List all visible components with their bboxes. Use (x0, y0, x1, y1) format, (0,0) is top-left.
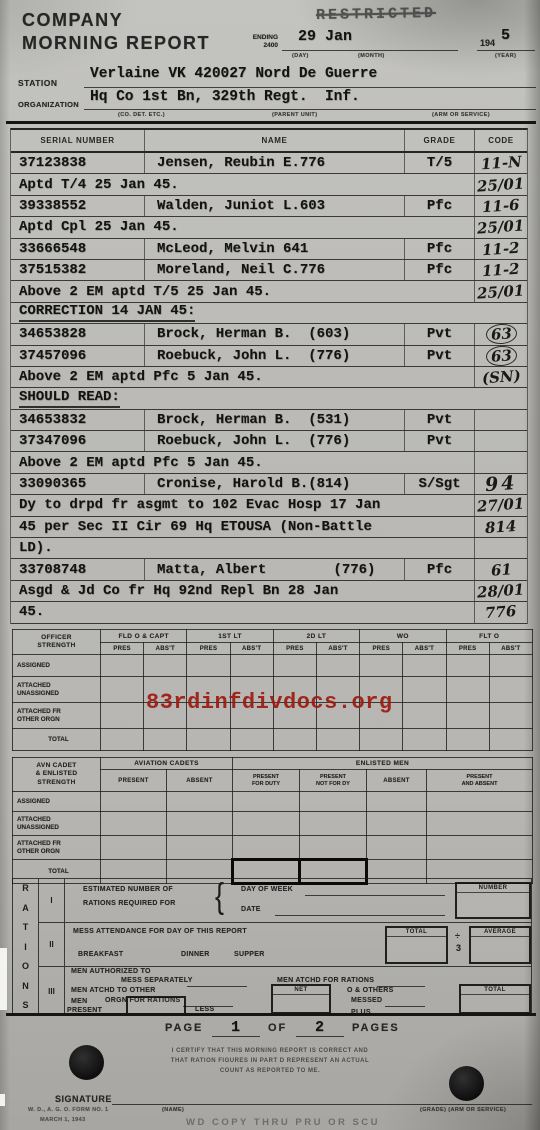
enlisted-men-header: ENLISTED MEN (233, 758, 533, 770)
organization-underline (84, 109, 536, 110)
organization-value: Hq Co 1st Bn, 329th Regt. Inf. (90, 89, 360, 105)
avn-strength-stub: AVN CADET & ENLISTED STRENGTH (13, 758, 101, 792)
serial-number-cell: 33090365 (11, 476, 144, 492)
code-cell: 61 (490, 560, 512, 579)
mess-separately-line (187, 986, 247, 987)
aviation-cadets-header: AVIATION CADETS (101, 758, 233, 770)
roster-row: 33708748 Matta, Albert (776) Pfc 61 (11, 559, 527, 580)
roster-row: 33666548 McLeod, Melvin 641 Pfc 11-2 (11, 239, 527, 260)
code-cell: 63 (485, 323, 517, 345)
estimated-number-label: ESTIMATED NUMBER OF (83, 886, 173, 893)
grade-cell: Pvt (427, 433, 452, 449)
roster-row: Aptd T/4 25 Jan 45. 25/01 (11, 174, 527, 195)
grade-cell: Pvt (427, 412, 452, 428)
divide-glyph: ÷ (455, 931, 460, 941)
form-number: W. D., A. G. O. FORM NO. 1 (28, 1107, 108, 1113)
parent-unit-sublabel: (PARENT UNIT) (272, 112, 317, 118)
part-iii-label: III (39, 967, 64, 1015)
remark-cell: Above 2 EM aptd Pfc 5 Jan 45. (19, 455, 263, 471)
roster-row: CORRECTION 14 JAN 45: (11, 303, 527, 324)
total-box-label: TOTAL (387, 928, 446, 937)
enlisted-strength-table: AVN CADET & ENLISTED STRENGTH AVIATION C… (12, 757, 533, 885)
roster-row: Above 2 EM aptd Pfc 5 Jan 45. (SN) (11, 367, 527, 388)
roster-row: 34653828 Brock, Herman B. (603) Pvt 63 (11, 324, 527, 345)
rations-row-3: MEN AUTHORIZED TO MESS SEPARATELY MEN AT… (65, 967, 531, 1015)
watermark-text: 83rdinfdivdocs.org (146, 690, 393, 715)
abst-header: ABS'T (489, 643, 532, 655)
grade-cell: S/Sgt (418, 476, 460, 492)
roster-row: Asgd & Jd Co fr Hq 92nd Repl Bn 28 Jan 2… (11, 581, 527, 602)
rations-bottom-rule (6, 1013, 536, 1016)
rations-required-label: RATIONS REQUIRED FOR (83, 900, 176, 907)
roster-row: 45. 776 (11, 602, 527, 623)
year-printed: 194 (480, 38, 495, 48)
roster-row: LD). (11, 538, 527, 559)
year-sublabel: (YEAR) (495, 53, 516, 59)
punch-hole-right (449, 1066, 484, 1101)
abst-header: ABS'T (144, 643, 187, 655)
pages-number: 2 (315, 1019, 324, 1036)
roster-row: Dy to drpd fr asgmt to 102 Evac Hosp 17 … (11, 495, 527, 516)
messed-line (385, 1006, 425, 1007)
arm-service-sublabel: (ARM OR SERVICE) (432, 112, 490, 118)
day-sublabel: (DAY) (292, 53, 309, 59)
men-authorized-label: MEN AUTHORIZED TO (71, 968, 151, 975)
certification-text: I CERTIFY THAT THIS MORNING REPORT IS CO… (110, 1046, 430, 1077)
serial-number-cell: 34653828 (11, 326, 144, 342)
officer-strength-stub: OFFICER STRENGTH (13, 630, 101, 655)
roster-row: SHOULD READ: (11, 388, 527, 409)
rations-row-1: ESTIMATED NUMBER OF RATIONS REQUIRED FOR… (65, 879, 531, 923)
roster-row: Above 2 EM aptd Pfc 5 Jan 45. (11, 452, 527, 473)
code-header: CODE (474, 130, 527, 151)
rations-row-2: MESS ATTENDANCE FOR DAY OF THIS REPORT B… (65, 923, 531, 967)
name-cell: Jensen, Reubin E.776 (157, 155, 325, 171)
grade-cell: Pfc (427, 262, 452, 278)
roster-row: 37457096 Roebuck, John L. (776) Pvt 63 (11, 346, 527, 367)
name-cell: Matta, Albert (776) (157, 562, 375, 578)
remark-cell: CORRECTION 14 JAN 45: (19, 303, 195, 322)
pres-header: PRES (360, 643, 403, 655)
remark-cell: LD). (19, 540, 53, 556)
header-divider-rule (6, 121, 536, 124)
roster-body: 37123838 Jensen, Reubin E.776 T/5 11-N A… (11, 153, 527, 624)
year-underline (477, 50, 535, 51)
roster-row: Aptd Cpl 25 Jan 45. 25/01 (11, 217, 527, 238)
o-and-others-label: O & OTHERS (347, 987, 394, 994)
month-sublabel: (MONTH) (358, 53, 385, 59)
date-underline (282, 50, 458, 51)
assigned-row-label: ASSIGNED (13, 655, 101, 677)
abst-header: ABS'T (403, 643, 446, 655)
mess-attendance-label: MESS ATTENDANCE FOR DAY OF THIS REPORT (73, 928, 247, 935)
name-cell: Roebuck, John L. (776) (157, 348, 350, 364)
roster-row: 34653832 Brock, Herman B. (531) Pvt (11, 410, 527, 431)
code-cell: (SN) (481, 367, 521, 388)
attached-fr-other-orgn-row-label: ATTACHED FR OTHER ORGN (13, 703, 101, 729)
code-cell: 94 (484, 472, 518, 496)
serial-number-cell: 37347096 (11, 433, 144, 449)
pages-label: PAGES (352, 1022, 400, 1034)
grade-cell: T/5 (427, 155, 452, 171)
remark-cell: Asgd & Jd Co fr Hq 92nd Repl Bn 28 Jan (19, 583, 338, 599)
name-cell: Brock, Herman B. (531) (157, 412, 350, 428)
remark-cell: Aptd T/4 25 Jan 45. (19, 177, 179, 193)
code-cell: 11-6 (482, 196, 521, 217)
roster-row: 37515382 Moreland, Neil C.776 Pfc 11-2 (11, 260, 527, 281)
date-label: DATE (241, 906, 261, 913)
station-underline (84, 87, 536, 88)
pres-header: PRES (446, 643, 489, 655)
roster-row: 33090365 Cronise, Harold B.(814) S/Sgt 9… (11, 474, 527, 495)
men-atchd-to-other-label: MEN ATCHD TO OTHER (71, 987, 156, 994)
1st-lt-header: 1ST LT (187, 630, 273, 643)
rations-part-numbers: I II III (39, 879, 65, 1014)
flt-o-header: FLT O (446, 630, 532, 643)
co-det-sublabel: (CO. DET. ETC.) (118, 112, 165, 118)
code-cell: 11-2 (482, 238, 521, 259)
average-box-label: AVERAGE (471, 928, 529, 937)
roster-row: Above 2 EM aptd T/5 25 Jan 45. 25/01 (11, 281, 527, 302)
cadets-absent-header: ABSENT (167, 770, 233, 792)
rations-content: ESTIMATED NUMBER OF RATIONS REQUIRED FOR… (65, 879, 531, 1014)
total-box: TOTAL (385, 926, 448, 964)
brace-glyph: { (215, 876, 224, 916)
name-header: NAME (144, 130, 404, 151)
serial-number-cell: 39338552 (11, 198, 144, 214)
grade-cell: Pvt (427, 348, 452, 364)
code-cell: 25/01 (477, 174, 525, 195)
dinner-label: DINNER (181, 951, 210, 958)
name-sublabel: (NAME) (162, 1107, 184, 1113)
code-cell: 28/01 (477, 580, 525, 601)
punch-hole-left (69, 1045, 104, 1080)
year-typed: 5 (501, 27, 510, 44)
morning-report-scan: COMPANY MORNING REPORT RESTRICTED ENDING… (0, 0, 540, 1130)
rations-section: RATIONS I II III ESTIMATED NUMBER OF RAT… (12, 878, 532, 1014)
mess-separately-label: MESS SEPARATELY (121, 977, 193, 984)
attached-fr-other-orgn-row-label: ATTACHED FR OTHER ORGN (13, 836, 101, 860)
fld-o-capt-header: FLD O & CAPT (101, 630, 187, 643)
of-label: OF (268, 1022, 287, 1034)
attached-unassigned-row-label: ATTACHED UNASSIGNED (13, 812, 101, 836)
date-line (275, 915, 445, 916)
code-cell: 11-2 (482, 260, 521, 281)
part-i-label: I (39, 879, 64, 923)
roster-row: 45 per Sec II Cir 69 Hq ETOUSA (Non-Batt… (11, 517, 527, 538)
code-cell: 63 (485, 345, 517, 367)
serial-number-cell: 37515382 (11, 262, 144, 278)
photo-edge-artifact (0, 948, 7, 1010)
roster-row: 39338552 Walden, Juniot L.603 Pfc 11-6 (11, 196, 527, 217)
serial-number-cell: 33666548 (11, 241, 144, 257)
wo-header: WO (360, 630, 446, 643)
average-box: AVERAGE (469, 926, 531, 964)
code-cell: 11-N (480, 153, 522, 174)
name-cell: Roebuck, John L. (776) (157, 433, 350, 449)
day-of-week-label: DAY OF WEEK (241, 886, 293, 893)
net-box: NET (271, 984, 331, 1014)
grade-header: GRADE (404, 130, 474, 151)
pages-number-line (296, 1036, 344, 1037)
supper-label: SUPPER (234, 951, 265, 958)
rations-vertical-label: RATIONS (13, 879, 39, 1014)
present-not-for-dy-header: PRESENT NOT FOR DY (300, 770, 367, 792)
photo-edge-artifact (0, 1094, 5, 1106)
attached-unassigned-row-label: ATTACHED UNASSIGNED (13, 677, 101, 703)
page-label: PAGE (165, 1022, 203, 1034)
men-atchd-for-rations-label: MEN ATCHD FOR RATIONS (277, 977, 374, 984)
2d-lt-header: 2D LT (273, 630, 359, 643)
grade-cell: Pvt (427, 326, 452, 342)
signature-line (112, 1104, 532, 1105)
form-title-line1: COMPANY (22, 10, 123, 31)
em-absent-header: ABSENT (367, 770, 427, 792)
name-cell: Walden, Juniot L.603 (157, 198, 325, 214)
roster-row: 37347096 Roebuck, John L. (776) Pvt (11, 431, 527, 452)
serial-number-header: SERIAL NUMBER (11, 130, 144, 151)
roster-table: SERIAL NUMBER NAME GRADE CODE 37123838 J… (10, 128, 528, 624)
breakfast-label: BREAKFAST (78, 951, 123, 958)
code-cell: 25/01 (477, 281, 525, 302)
pres-header: PRES (101, 643, 144, 655)
grade-cell: Pfc (427, 241, 452, 257)
remark-cell: SHOULD READ: (19, 389, 120, 408)
code-cell: 814 (485, 517, 517, 537)
divisor-three: 3 (456, 943, 461, 953)
code-cell: 25/01 (477, 217, 525, 238)
grade-cell: Pfc (427, 562, 452, 578)
present-for-duty-header: PRESENT FOR DUTY (233, 770, 300, 792)
pres-header: PRES (273, 643, 316, 655)
name-cell: Brock, Herman B. (603) (157, 326, 350, 342)
remark-cell: 45. (19, 604, 44, 620)
signature-label: SIGNATURE (55, 1094, 112, 1104)
pres-header: PRES (187, 643, 230, 655)
form-date: MARCH 1, 1943 (40, 1117, 86, 1123)
remark-cell: Above 2 EM aptd Pfc 5 Jan 45. (19, 369, 263, 385)
remark-cell: Above 2 EM aptd T/5 25 Jan 45. (19, 284, 271, 300)
cadets-present-header: PRESENT (101, 770, 167, 792)
serial-number-cell: 34653832 (11, 412, 144, 428)
assigned-row-label: ASSIGNED (13, 792, 101, 812)
total-box-2: TOTAL (459, 984, 531, 1014)
code-cell: 27/01 (477, 495, 525, 516)
abst-header: ABS'T (316, 643, 359, 655)
part-ii-label: II (39, 923, 64, 967)
ending-2400-label: ENDING 2400 (240, 34, 278, 50)
report-date: 29 Jan (298, 28, 352, 45)
roster-row: 37123838 Jensen, Reubin E.776 T/5 11-N (11, 153, 527, 174)
station-label: STATION (18, 78, 58, 88)
less-label: LESS (195, 1006, 214, 1013)
page-number-line (212, 1036, 260, 1037)
net-box-label: NET (273, 986, 329, 995)
station-value: Verlaine VK 420027 Nord De Guerre (90, 66, 377, 82)
form-title-line2: MORNING REPORT (22, 33, 210, 54)
total-row-label: TOTAL (13, 729, 101, 751)
remark-cell: Dy to drpd fr asgmt to 102 Evac Hosp 17 … (19, 497, 380, 513)
grade-arm-sublabel: (GRADE) (ARM OR SERVICE) (420, 1107, 506, 1113)
number-box-label: NUMBER (457, 884, 529, 893)
day-of-week-line (305, 895, 445, 896)
serial-number-cell: 37123838 (11, 155, 144, 171)
name-cell: Cronise, Harold B.(814) (157, 476, 350, 492)
present-and-absent-header: PRESENT AND ABSENT (427, 770, 533, 792)
number-box: NUMBER (455, 882, 531, 919)
page-number: 1 (231, 1019, 240, 1036)
restricted-stamp: RESTRICTED (316, 5, 436, 24)
grade-cell: Pfc (427, 198, 452, 214)
total-box-2-label: TOTAL (461, 986, 529, 995)
abst-header: ABS'T (230, 643, 273, 655)
name-cell: McLeod, Melvin 641 (157, 241, 308, 257)
name-cell: Moreland, Neil C.776 (157, 262, 325, 278)
remark-cell: Aptd Cpl 25 Jan 45. (19, 219, 179, 235)
organization-label: ORGANIZATION (18, 100, 79, 109)
remark-cell: 45 per Sec II Cir 69 Hq ETOUSA (Non-Batt… (19, 519, 372, 535)
roster-header-row: SERIAL NUMBER NAME GRADE CODE (11, 130, 527, 153)
men-label: MEN (71, 998, 87, 1005)
messed-label: MESSED (351, 997, 382, 1004)
serial-number-cell: 33708748 (11, 562, 144, 578)
code-cell: 776 (485, 602, 517, 622)
wd-copy-stamp: WD COPY THRU PRU OR SCU (186, 1117, 380, 1128)
serial-number-cell: 37457096 (11, 348, 144, 364)
